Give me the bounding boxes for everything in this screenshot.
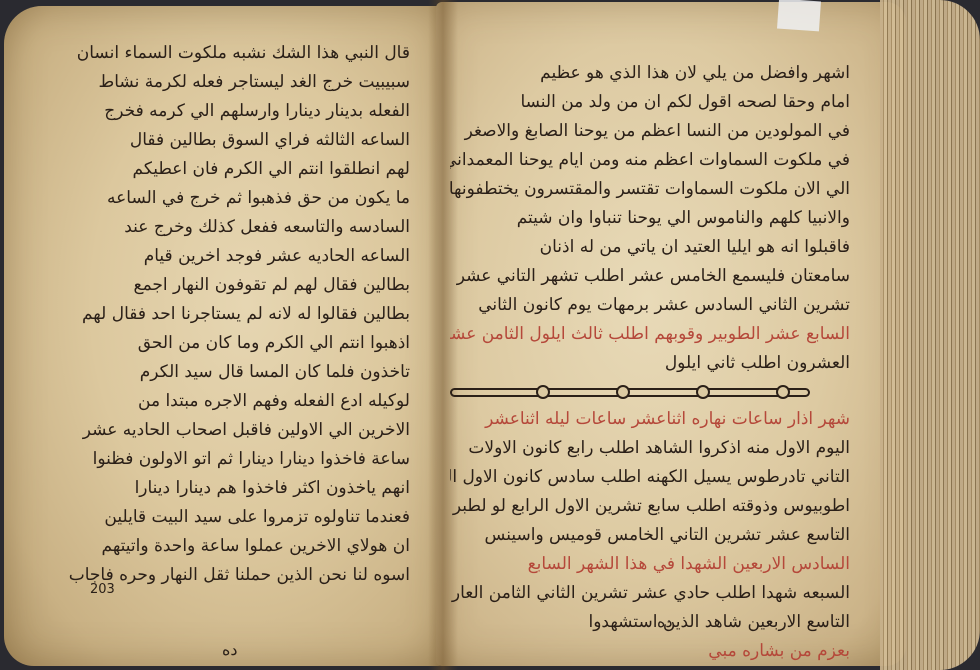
text-line-rubric: شهر اذار ساعات نهاره اثناعشر ساعات ليله … <box>450 406 850 432</box>
text-line: اشهر وافضل من يلي لان هذا الذي هو عظيم <box>450 60 850 86</box>
text-line: فاقبلوا انه هو ايليا العتيد ان ياتي من ل… <box>450 234 850 260</box>
text-line: اطوبيوس وذوقته اطلب سابع تشرين الاول الر… <box>450 493 850 519</box>
ornament-bar <box>450 388 810 397</box>
text-line: السادسه والتاسعه ففعل كذلك وخرج عند <box>40 214 410 240</box>
paper-tab <box>777 0 821 31</box>
text-line-rubric: السابع عشر الطوبير وقوبهم اطلب ثالث ايلو… <box>450 321 850 347</box>
text-line: قال النبي هذا الشك نشبه ملكوت السماء انس… <box>40 40 410 66</box>
page-edges <box>880 0 980 670</box>
text-line: لوكيله ادع الفعله وفهم الاجره مبتدا من <box>40 388 410 414</box>
text-line: التاني تادرطوس يسيل الكهنه اطلب سادس كان… <box>450 464 850 490</box>
text-line: سامعتان فليسمع الخامس عشر اطلب تشهر التا… <box>450 263 850 289</box>
catchword-right: ده <box>657 612 673 631</box>
text-line: لهم انطلقوا انتم الي الكرم فان اعطيكم <box>40 156 410 182</box>
ornament-knob <box>536 385 550 399</box>
text-line: سبيبيت خرج الغد ليستاجر فعله لكرمة نشاط <box>40 69 410 95</box>
text-line: التاسع الاربعين شاهد الذين استشهدوا <box>450 609 850 635</box>
text-line: الي الان ملكوت السماوات تقتسر والمقتسرون… <box>450 176 850 202</box>
text-line: الساعه الثالثه فراي السوق بطالين فقال <box>40 127 410 153</box>
text-line: ما يكون من حق فذهبوا ثم خرج في الساعه <box>40 185 410 211</box>
text-line: الاخرين الي الاولين فاقبل اصحاب الحاديه … <box>40 417 410 443</box>
text-line: اذهبوا انتم الي الكرم وما كان من الحق <box>40 330 410 356</box>
text-line: في ملكوت السماوات اعظم منه ومن ايام يوحن… <box>450 147 850 173</box>
ornament-knob <box>616 385 630 399</box>
text-line: تاخذون فلما كان المسا قال سيد الكرم <box>40 359 410 385</box>
text-line: الفعله بدينار دينارا وارسلهم الي كرمه فخ… <box>40 98 410 124</box>
text-line: اليوم الاول منه اذكروا الشاهد اطلب رابع … <box>450 435 850 461</box>
folio-number: 203 <box>90 582 115 597</box>
ornament-knob <box>696 385 710 399</box>
decorative-band <box>450 382 850 400</box>
text-line: بطالين فقالوا له لانه لم يستاجرنا احد فق… <box>40 301 410 327</box>
right-page-text: اشهر وافضل من يلي لان هذا الذي هو عظيم ا… <box>450 60 850 667</box>
text-line: التاسع عشر تشرين التاني الخامس قوميس واس… <box>450 522 850 548</box>
left-page-text: قال النبي هذا الشك نشبه ملكوت السماء انس… <box>40 40 410 591</box>
text-line: تشرين الثاني السادس عشر برمهات يوم كانون… <box>450 292 850 318</box>
text-line: والانبيا كلهم والناموس الي يوحنا تنباوا … <box>450 205 850 231</box>
text-line: الساعه الحاديه عشر فوجد اخرين قيام <box>40 243 410 269</box>
text-line-rubric: السادس الاربعين الشهدا في هذا الشهر السا… <box>450 551 850 577</box>
text-line: ان هولاي الاخرين عملوا ساعة واحدة واتيته… <box>40 533 410 559</box>
text-line: امام وحقا لصحه اقول لكم ان من ولد من الن… <box>450 89 850 115</box>
text-line: انهم ياخذون اكثر فاخذوا هم دينارا دينارا <box>40 475 410 501</box>
text-line: ساعة فاخذوا دينارا دينارا ثم اتو الاولون… <box>40 446 410 472</box>
text-line: في المولودين من النسا اعظم من يوحنا الصا… <box>450 118 850 144</box>
text-line: السبعه شهدا اطلب حادي عشر تشرين الثاني ا… <box>450 580 850 606</box>
text-line: العشرون اطلب ثاني ايلول <box>450 350 850 376</box>
catchword-left: ده <box>222 640 238 659</box>
text-line: بطالين فقال لهم لم تقوفون النهار اجمع <box>40 272 410 298</box>
text-line: فعندما تناولوه تزمروا على سيد البيت قايل… <box>40 504 410 530</box>
ornament-knob <box>776 385 790 399</box>
manuscript-spread: قال النبي هذا الشك نشبه ملكوت السماء انس… <box>0 0 980 670</box>
text-line-rubric: بعزم من بشاره مبي <box>450 638 850 664</box>
